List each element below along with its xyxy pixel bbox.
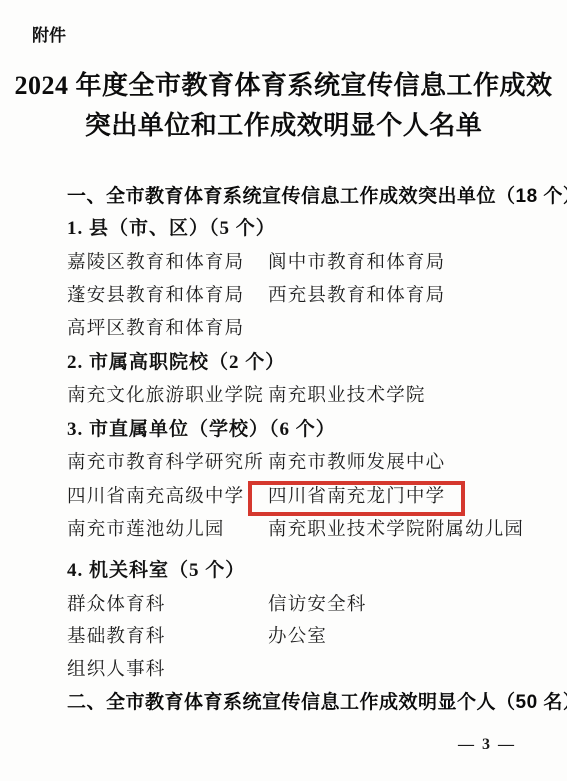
document-title: 2024 年度全市教育体育系统宣传信息工作成效 突出单位和工作成效明显个人名单 <box>0 66 567 146</box>
org-row: 南充文化旅游职业学院 南充职业技术学院 <box>67 384 541 408</box>
group-4-label: 4. 机关科室（5 个） <box>67 559 245 583</box>
org-row: 组织人事科 <box>67 658 541 682</box>
org-item: 组织人事科 <box>67 658 166 682</box>
attachment-label: 附件 <box>32 21 66 46</box>
org-item: 南充职业技术学院 <box>268 384 426 408</box>
org-item: 群众体育科 <box>67 593 166 617</box>
org-item: 基础教育科 <box>67 625 166 649</box>
org-item: 嘉陵区教育和体育局 <box>67 251 244 275</box>
org-item: 信访安全科 <box>268 593 367 617</box>
org-item: 南充职业技术学院附属幼儿园 <box>268 518 524 542</box>
org-item: 南充市教师发展中心 <box>268 451 445 475</box>
document-title-line2: 突出单位和工作成效明显个人名单 <box>0 106 567 146</box>
org-row: 南充市莲池幼儿园 南充职业技术学院附属幼儿园 <box>67 518 541 542</box>
page-number: — 3 — <box>458 736 516 754</box>
group-1-label: 1. 县（市、区）（5 个） <box>67 217 276 241</box>
org-item: 西充县教育和体育局 <box>268 284 445 308</box>
org-item: 南充文化旅游职业学院 <box>67 384 264 408</box>
group-3-label: 3. 市直属单位（学校）（6 个） <box>67 418 336 442</box>
org-row: 群众体育科 信访安全科 <box>67 593 541 617</box>
highlight-box <box>248 481 465 516</box>
org-item: 南充市莲池幼儿园 <box>67 518 225 542</box>
section-2-heading: 二、全市教育体育系统宣传信息工作成效明显个人（50 名） <box>67 691 567 715</box>
org-row: 基础教育科 办公室 <box>67 625 541 649</box>
org-item: 南充市教育科学研究所 <box>67 451 264 475</box>
org-item: 四川省南充高级中学 <box>67 485 244 509</box>
org-item: 办公室 <box>268 625 327 649</box>
org-row: 嘉陵区教育和体育局 阆中市教育和体育局 <box>67 251 541 275</box>
org-item: 阆中市教育和体育局 <box>268 251 445 275</box>
org-row: 蓬安县教育和体育局 西充县教育和体育局 <box>67 284 541 308</box>
org-row: 高坪区教育和体育局 <box>67 317 541 341</box>
section-1-heading: 一、全市教育体育系统宣传信息工作成效突出单位（18 个） <box>67 185 567 209</box>
org-item: 高坪区教育和体育局 <box>67 317 244 341</box>
group-2-label: 2. 市属高职院校（2 个） <box>67 351 285 375</box>
org-row: 南充市教育科学研究所 南充市教师发展中心 <box>67 451 541 475</box>
org-item: 蓬安县教育和体育局 <box>67 284 244 308</box>
document-title-line1: 2024 年度全市教育体育系统宣传信息工作成效 <box>0 66 567 106</box>
